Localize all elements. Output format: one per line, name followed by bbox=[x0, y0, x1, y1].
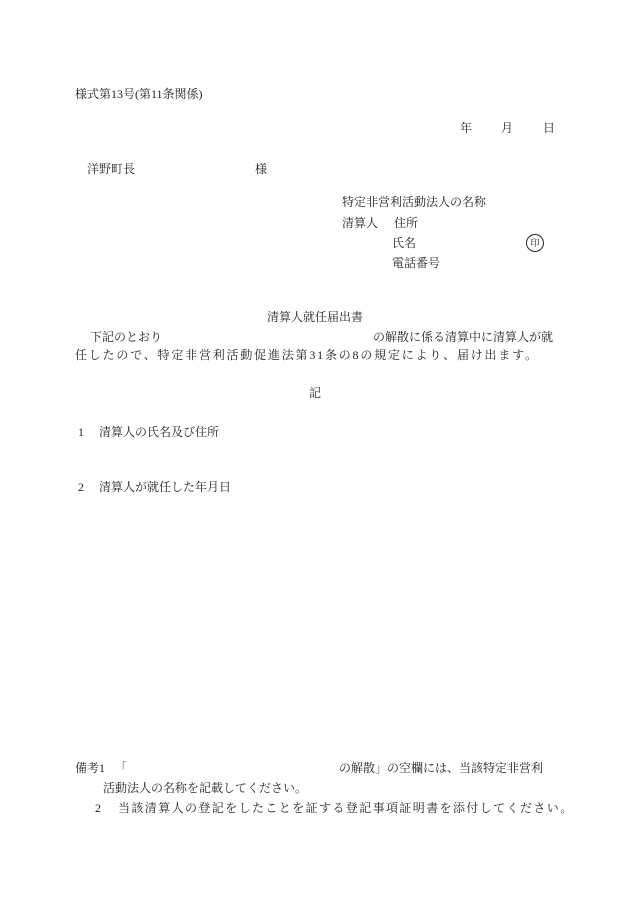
body-line-1: 下記のとおり の解散に係る清算中に清算人が就 bbox=[75, 330, 553, 344]
seal-icon: 印 bbox=[526, 234, 544, 252]
document-page: 様式第13号(第11条関係) 年 月 日 洋野町長 様 特定非営利活動法人の名称… bbox=[0, 0, 630, 915]
month-label: 月 bbox=[501, 121, 513, 135]
note-1-bracket: 「 bbox=[115, 761, 127, 775]
addressee-honorific: 様 bbox=[255, 162, 267, 176]
note-1-line-2: 活動法人の名称を記載してください。 bbox=[103, 781, 307, 795]
document-title: 清算人就任届出書 bbox=[0, 310, 630, 324]
org-name-label: 特定非営利活動法人の名称 bbox=[342, 195, 486, 209]
form-number: 様式第13号(第11条関係) bbox=[75, 87, 203, 101]
note-2: 2 当該清算人の登記をしたことを証する登記事項証明書を添付してください。 bbox=[95, 801, 574, 815]
note-2-text: 当該清算人の登記をしたことを証する登記事項証明書を添付してください。 bbox=[118, 801, 574, 815]
note-2-number: 2 bbox=[95, 801, 101, 815]
note-1-line-1: 備考1 「 の解散」の空欄には、当該特定非営利 bbox=[75, 761, 543, 775]
body-line1-left: 下記のとおり bbox=[90, 330, 162, 344]
phone-label: 電話番号 bbox=[392, 256, 440, 270]
item-1-number: 1 bbox=[78, 425, 84, 439]
year-label: 年 bbox=[460, 121, 472, 135]
note-1-right: の解散」の空欄には、当該特定非営利 bbox=[339, 761, 543, 775]
item-2: 2 清算人が就任した年月日 bbox=[78, 480, 231, 494]
body-line-2: 任したので、特定非営利活動促進法第31条の8の規定により、届け出ます。 bbox=[75, 348, 539, 362]
item-2-text: 清算人が就任した年月日 bbox=[99, 480, 231, 494]
date-line: 年 月 日 bbox=[460, 121, 555, 135]
item-1-text: 清算人の氏名及び住所 bbox=[99, 425, 219, 439]
address-label: 住所 bbox=[394, 216, 418, 230]
addressee-name: 洋野町長 bbox=[87, 162, 135, 176]
seal-character: 印 bbox=[530, 239, 539, 248]
item-1: 1 清算人の氏名及び住所 bbox=[78, 425, 219, 439]
record-heading: 記 bbox=[0, 386, 630, 400]
item-2-number: 2 bbox=[78, 480, 84, 494]
notes-label: 備考1 bbox=[75, 761, 105, 775]
day-label: 日 bbox=[543, 121, 555, 135]
liquidator-address-row: 清算人 住所 bbox=[342, 216, 418, 230]
name-label: 氏名 bbox=[392, 236, 416, 250]
body-line1-right: の解散に係る清算中に清算人が就 bbox=[373, 330, 553, 344]
liquidator-label: 清算人 bbox=[342, 216, 378, 230]
